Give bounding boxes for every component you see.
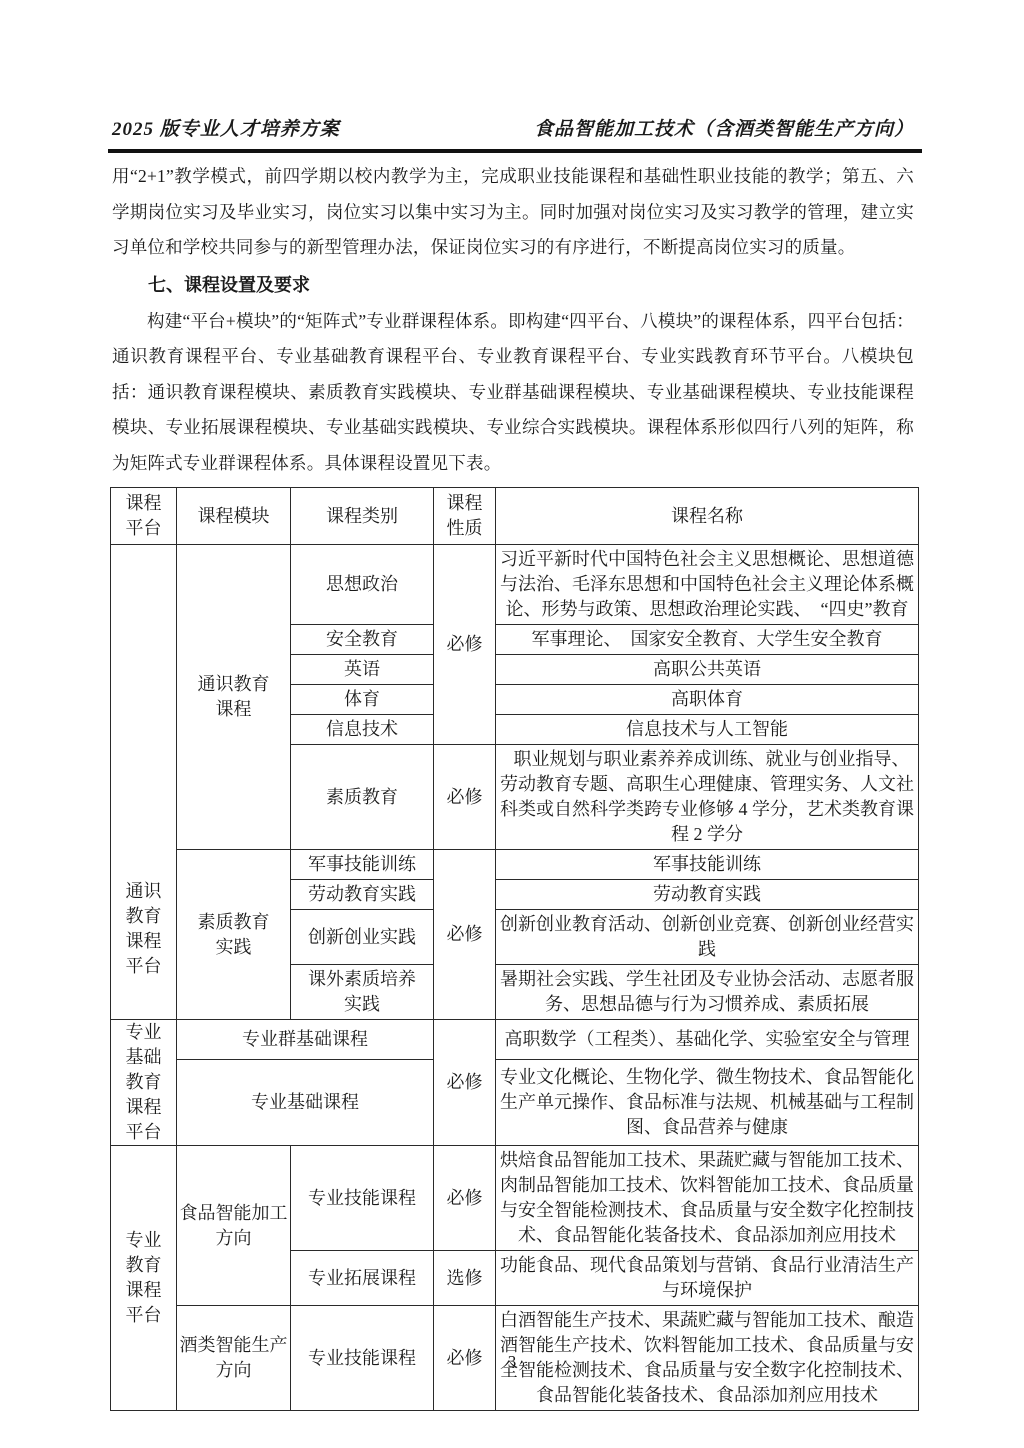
cell-platform-general: 通识 教育 课程 平台 [111, 545, 177, 1020]
cell-courses-major-basic: 专业文化概论、生物化学、微生物技术、食品智能化生产单元操作、食品标准与法规、机械… [496, 1059, 919, 1145]
header-rule [108, 149, 922, 153]
cell-nature-required: 必修 [434, 850, 496, 1020]
curriculum-table: 课程 平台 课程模块 课程类别 课程 性质 课程名称 通识 教育 课程 平台 通… [110, 487, 919, 1411]
cell-nature-required: 必修 [434, 745, 496, 850]
cell-module-quality-practice: 素质教育 实践 [177, 850, 291, 1020]
paragraph-matrix: 构建“平台+模块”的“矩阵式”专业群课程体系。即构建“四平台、八模块”的课程体系… [112, 304, 914, 482]
table-row: 素质教育 实践 军事技能训练 必修 军事技能训练 [111, 850, 919, 880]
cell-category-ideology: 思想政治 [291, 545, 434, 625]
cell-courses-ideology: 习近平新时代中国特色社会主义思想概论、思想道德与法治、毛泽东思想和中国特色社会主… [496, 545, 919, 625]
cell-category-innovation: 创新创业实践 [291, 910, 434, 965]
cell-module-food-direction: 食品智能加工 方向 [177, 1146, 291, 1306]
cell-category-group-basic: 专业群基础课程 [177, 1020, 434, 1060]
cell-nature-required: 必修 [434, 545, 496, 745]
cell-courses-labor: 劳动教育实践 [496, 880, 919, 910]
page-header: 2025 版专业人才培养方案 食品智能加工技术（含酒类智能生产方向） [112, 118, 914, 142]
table-row: 通识 教育 课程 平台 通识教育 课程 思想政治 必修 习近平新时代中国特色社会… [111, 545, 919, 625]
cell-category-food-expand: 专业拓展课程 [291, 1251, 434, 1306]
table-row: 专业 基础 教育 课程 平台 专业群基础课程 必修 高职数学（工程类）、基础化学… [111, 1020, 919, 1060]
cell-nature-required: 必修 [434, 1020, 496, 1146]
header-title-left: 2025 版专业人才培养方案 [112, 118, 340, 142]
cell-courses-food-skill: 烘焙食品智能加工技术、果蔬贮藏与智能加工技术、肉制品智能加工技术、饮料智能加工技… [496, 1146, 919, 1251]
section-heading: 七、课程设置及要求 [112, 270, 914, 300]
paragraph-intro: 用“2+1”教学模式，前四学期以校内教学为主，完成职业技能课程和基础性职业技能的… [112, 159, 914, 266]
cell-courses-food-expand: 功能食品、现代食品策划与营销、食品行业清洁生产与环境保护 [496, 1251, 919, 1306]
col-header-module: 课程模块 [177, 488, 291, 545]
document-page: 2025 版专业人才培养方案 食品智能加工技术（含酒类智能生产方向） 用“2+1… [0, 0, 1024, 1448]
cell-category-quality: 素质教育 [291, 745, 434, 850]
cell-courses-safety: 军事理论、 国家安全教育、大学生安全教育 [496, 625, 919, 655]
cell-platform-basic: 专业 基础 教育 课程 平台 [111, 1020, 177, 1146]
table-header-row: 课程 平台 课程模块 课程类别 课程 性质 课程名称 [111, 488, 919, 545]
cell-category-food-skill: 专业技能课程 [291, 1146, 434, 1251]
page-number: 3 [0, 1352, 1024, 1372]
cell-courses-group-basic: 高职数学（工程类）、基础化学、实验室安全与管理 [496, 1020, 919, 1060]
header-title-right: 食品智能加工技术（含酒类智能生产方向） [534, 118, 914, 142]
cell-category-safety: 安全教育 [291, 625, 434, 655]
cell-category-extracurricular: 课外素质培养 实践 [291, 965, 434, 1020]
cell-courses-quality: 职业规划与职业素养养成训练、就业与创业指导、 劳动教育专题、高职生心理健康、管理… [496, 745, 919, 850]
cell-nature-required: 必修 [434, 1146, 496, 1251]
cell-courses-extracurricular: 暑期社会实践、学生社团及专业协会活动、志愿者服务、思想品德与行为习惯养成、素质拓… [496, 965, 919, 1020]
cell-courses-pe: 高职体育 [496, 685, 919, 715]
cell-courses-english: 高职公共英语 [496, 655, 919, 685]
cell-courses-military: 军事技能训练 [496, 850, 919, 880]
cell-category-major-basic: 专业基础课程 [177, 1059, 434, 1145]
table-row: 专业基础课程 专业文化概论、生物化学、微生物技术、食品智能化生产单元操作、食品标… [111, 1059, 919, 1145]
col-header-name: 课程名称 [496, 488, 919, 545]
col-header-category: 课程类别 [291, 488, 434, 545]
cell-category-military: 军事技能训练 [291, 850, 434, 880]
col-header-nature: 课程 性质 [434, 488, 496, 545]
col-header-platform: 课程 平台 [111, 488, 177, 545]
cell-category-labor: 劳动教育实践 [291, 880, 434, 910]
cell-courses-innovation: 创新创业教育活动、创新创业竞赛、创新创业经营实践 [496, 910, 919, 965]
cell-category-english: 英语 [291, 655, 434, 685]
cell-category-pe: 体育 [291, 685, 434, 715]
cell-module-general-edu: 通识教育 课程 [177, 545, 291, 850]
table-row: 专业 教育 课程 平台 食品智能加工 方向 专业技能课程 必修 烘焙食品智能加工… [111, 1146, 919, 1251]
cell-courses-it: 信息技术与人工智能 [496, 715, 919, 745]
cell-category-it: 信息技术 [291, 715, 434, 745]
cell-nature-elective: 选修 [434, 1251, 496, 1306]
